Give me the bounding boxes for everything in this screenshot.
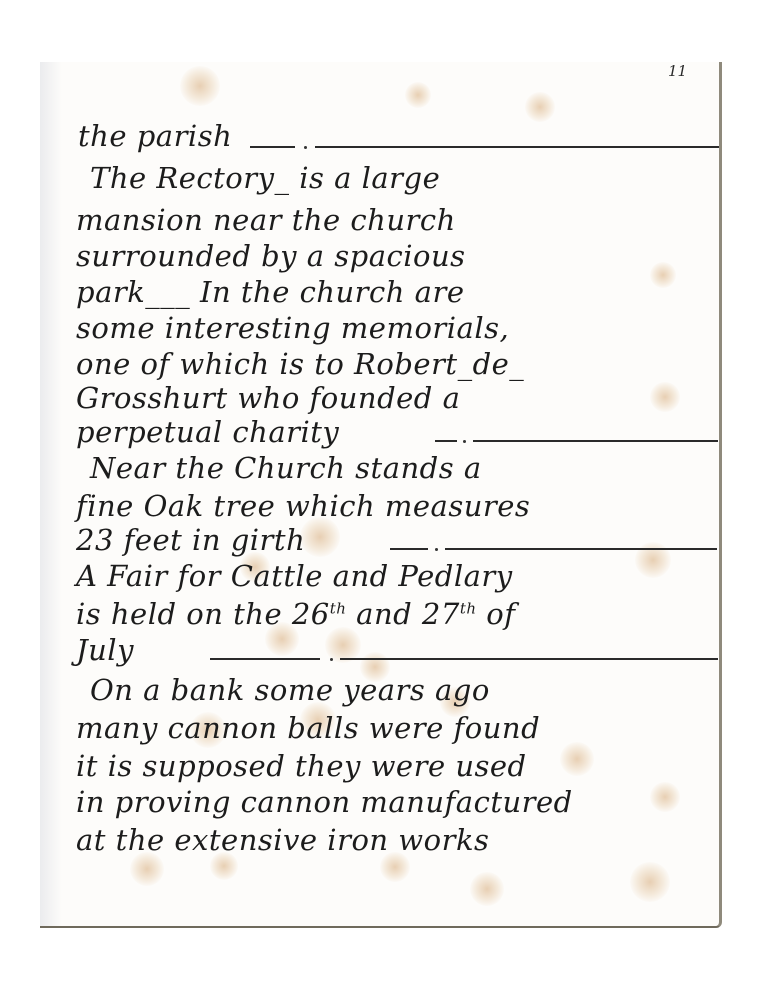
dash-rule: [473, 440, 718, 442]
dash-rule: [390, 548, 428, 550]
foxing-stain: [650, 382, 680, 412]
foxing-stain: [300, 517, 340, 557]
text-line: Near the Church stands a: [90, 454, 482, 483]
foxing-stain: [650, 262, 676, 288]
text-line: A Fair for Cattle and Pedlary: [76, 562, 513, 591]
text-line: some interesting memorials,: [76, 314, 509, 343]
page-number: 11: [668, 62, 687, 80]
text-line: perpetual charity: [76, 418, 339, 447]
text-line: the parish: [78, 122, 232, 151]
text-segment: of: [477, 597, 516, 631]
dash-rule: [315, 146, 720, 148]
text-line: July: [76, 636, 134, 665]
text-segment: is held on the 26: [76, 597, 330, 631]
text-line: mansion near the church: [76, 206, 456, 235]
text-line: one of which is to Robert_de_: [76, 350, 524, 379]
ordinal-suffix: th: [460, 599, 477, 617]
text-line: The Rectory_ is a large: [90, 164, 440, 193]
dash-rule: [210, 658, 320, 660]
text-line: at the extensive iron works: [76, 826, 489, 855]
text-line: is held on the 26th and 27th of: [76, 600, 515, 629]
foxing-stain: [130, 852, 164, 886]
rule-dot: [463, 440, 466, 443]
rule-dot: [330, 658, 333, 661]
text-line: Grosshurt who founded a: [76, 384, 460, 413]
foxing-stain: [630, 862, 670, 902]
dash-rule: [435, 440, 457, 442]
rule-dot: [304, 146, 307, 149]
text-line: surrounded by a spacious: [76, 242, 466, 271]
text-line: it is supposed they were used: [76, 752, 527, 781]
foxing-stain: [650, 782, 680, 812]
manuscript-page: 11 the parish The Rectory_ is a large ma…: [40, 62, 722, 928]
text-segment: and 27: [346, 597, 459, 631]
text-line: park___ In the church are: [76, 278, 464, 307]
text-line: 23 feet in girth: [76, 526, 305, 555]
dash-rule: [250, 146, 295, 148]
foxing-stain: [180, 66, 220, 106]
text-line: fine Oak tree which measures: [76, 492, 530, 521]
foxing-stain: [470, 872, 504, 906]
foxing-stain: [560, 742, 594, 776]
dash-rule: [340, 658, 718, 660]
text-line: many cannon balls were found: [76, 714, 540, 743]
rule-dot: [435, 548, 438, 551]
ordinal-suffix: th: [330, 599, 347, 617]
foxing-stain: [525, 92, 555, 122]
text-line: in proving cannon manufactured: [76, 788, 573, 817]
text-line: On a bank some years ago: [90, 676, 490, 705]
foxing-stain: [405, 82, 431, 108]
dash-rule: [445, 548, 717, 550]
